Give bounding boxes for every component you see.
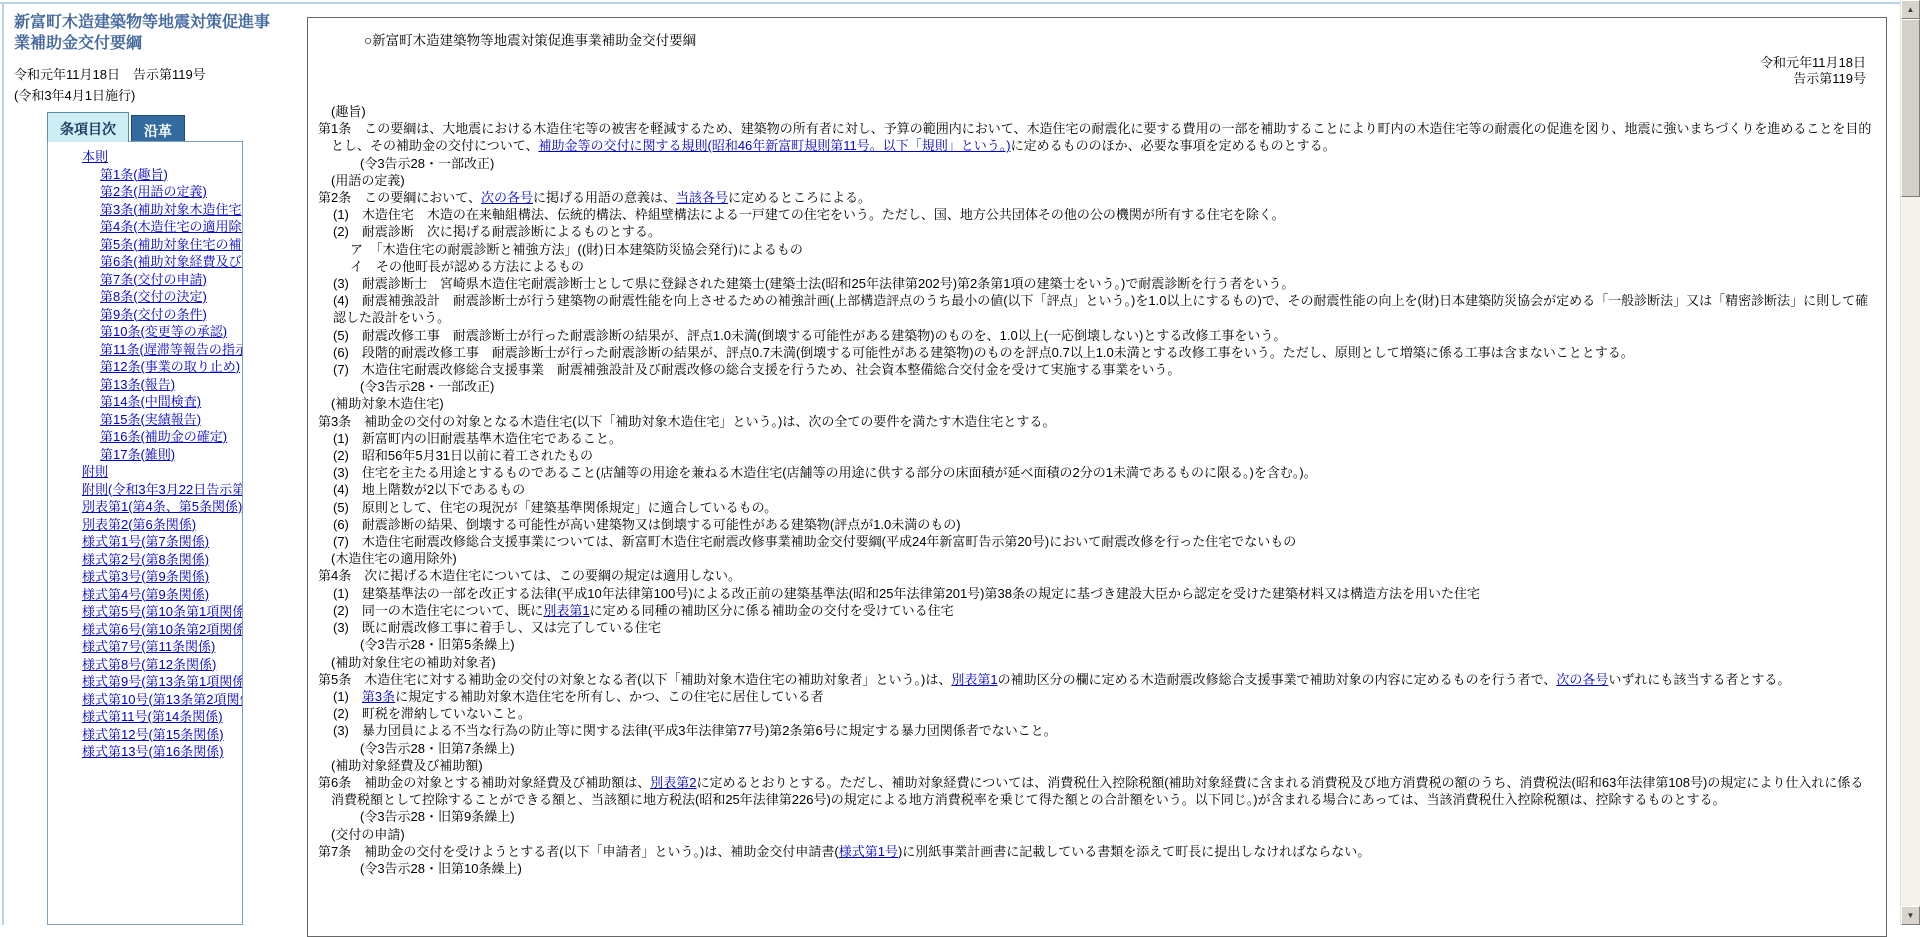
toc-item[interactable]: 第3条(補助対象木造住宅)	[56, 201, 242, 219]
paragraph-label: (補助対象経費及び補助額)	[318, 757, 1874, 774]
paragraph-article: 第6条 補助金の対象とする補助対象経費及び補助額は、別表第2に定めるとおりとする…	[318, 774, 1874, 808]
document-body: (趣旨)第1条 この要綱は、大地震における木造住宅等の被害を軽減するため、建築物…	[318, 103, 1874, 877]
paragraph-item: (2) 昭和56年5月31日以前に着工されたもの	[318, 447, 1874, 464]
paragraph-label: (補助対象住宅の補助対象者)	[318, 654, 1874, 671]
toc-item[interactable]: 第13条(報告)	[56, 376, 242, 394]
toc-item[interactable]: 様式第11号(第14条関係)	[56, 708, 242, 726]
paragraph-note: (令3告示28・旧第9条繰上)	[318, 808, 1874, 825]
paragraph-item: (2) 耐震診断 次に掲げる耐震診断によるものとする。	[318, 223, 1874, 240]
paragraph-item: (6) 耐震診断の結果、倒壊する可能性が高い建築物又は倒壊する可能性がある建築物…	[318, 516, 1874, 533]
inline-reference-link[interactable]: 次の各号	[1556, 672, 1608, 687]
paragraph-item: (3) 耐震診断士 宮崎県木造住宅耐震診断士として県に登録された建築士(建築士法…	[318, 275, 1874, 292]
scroll-up-icon[interactable]: ▲	[1901, 0, 1920, 19]
paragraph-subitem: イ その他町長が認める方法によるもの	[318, 258, 1874, 275]
promulgation-date: 令和元年11月18日	[318, 55, 1866, 71]
notice-number: 告示第119号	[318, 71, 1866, 87]
toc-item[interactable]: 第16条(補助金の確定)	[56, 428, 242, 446]
paragraph-label: (補助対象木造住宅)	[318, 395, 1874, 412]
paragraph-item: (4) 地上階数が2以下であるもの	[318, 481, 1874, 498]
paragraph-item: (5) 耐震改修工事 耐震診断士が行った耐震診断の結果が、評点1.0未満(倒壊す…	[318, 327, 1874, 344]
toc-item[interactable]: 第2条(用語の定義)	[56, 183, 242, 201]
toc-item[interactable]: 様式第13号(第16条関係)	[56, 743, 242, 761]
paragraph-item: (3) 住宅を主たる用途とするものであること(店舗等の用途を兼ねる木造住宅(店舗…	[318, 464, 1874, 481]
vertical-scrollbar[interactable]: ▲ ▼	[1900, 0, 1920, 925]
toc-item[interactable]: 本則	[56, 148, 242, 166]
paragraph-item: (1) 新富町内の旧耐震基準木造住宅であること。	[318, 430, 1874, 447]
toc-item[interactable]: 第4条(木造住宅の適用除外)	[56, 218, 242, 236]
paragraph-label: (木造住宅の適用除外)	[318, 550, 1874, 567]
paragraph-item: (7) 木造住宅耐震改修総合支援事業については、新富町木造住宅耐震改修事業補助金…	[318, 533, 1874, 550]
toc-item[interactable]: 第8条(交付の決定)	[56, 288, 242, 306]
inline-reference-link[interactable]: 別表第2	[650, 775, 696, 790]
page-frame-top-line	[0, 2, 1920, 4]
tab-article-index[interactable]: 条項目次	[47, 112, 129, 142]
paragraph-note: (令3告示28・一部改正)	[318, 155, 1874, 172]
toc-item[interactable]: 様式第5号(第10条第1項関係)	[56, 603, 242, 621]
toc-item[interactable]: 第5条(補助対象住宅の補助対象者)	[56, 236, 242, 254]
sidebar: 新富町木造建築物等地震対策促進事業補助金交付要綱 令和元年11月18日 告示第1…	[14, 12, 300, 106]
toc-item[interactable]: 第7条(交付の申請)	[56, 271, 242, 289]
paragraph-subitem: ア 「木造住宅の耐震診断と補強方法」((財)日本建築防災協会発行)によるもの	[318, 241, 1874, 258]
paragraph-item: (2) 同一の木造住宅について、既に別表第1に定める同種の補助区分に係る補助金の…	[318, 602, 1874, 619]
paragraph-item: (6) 段階的耐震改修工事 耐震診断士が行った耐震診断の結果が、評点0.7未満(…	[318, 344, 1874, 361]
toc-item[interactable]: 様式第10号(第13条第2項関係)	[56, 691, 242, 709]
sidebar-doc-effective-date: (令和3年4月1日施行)	[14, 85, 300, 106]
scroll-down-icon[interactable]: ▼	[1901, 906, 1920, 925]
paragraph-article: 第7条 補助金の交付を受けようとする者(以下「申請者」という。)は、補助金交付申…	[318, 843, 1874, 860]
toc-item[interactable]: 様式第1号(第7条関係)	[56, 533, 242, 551]
inline-reference-link[interactable]: 次の各号	[481, 190, 533, 205]
paragraph-note: (令3告示28・旧第7条繰上)	[318, 740, 1874, 757]
toc-item[interactable]: 様式第3号(第9条関係)	[56, 568, 242, 586]
toc-item[interactable]: 別表第2(第6条関係)	[56, 516, 242, 534]
paragraph-item: (3) 既に耐震改修工事に着手し、又は完了している住宅	[318, 619, 1874, 636]
paragraph-item: (1) 木造住宅 木造の在来軸組構法、伝統的構法、枠組壁構法による一戸建ての住宅…	[318, 206, 1874, 223]
paragraph-item: (7) 木造住宅耐震改修総合支援事業 耐震補強設計及び耐震改修の総合支援を行うた…	[318, 361, 1874, 378]
toc-item[interactable]: 様式第2号(第8条関係)	[56, 551, 242, 569]
inline-reference-link[interactable]: 別表第1	[543, 603, 589, 618]
toc-item[interactable]: 第10条(変更等の承認)	[56, 323, 242, 341]
sidebar-tabs: 条項目次沿革	[47, 112, 185, 142]
toc-item[interactable]: 様式第7号(第11条関係)	[56, 638, 242, 656]
sidebar-doc-title: 新富町木造建築物等地震対策促進事業補助金交付要綱	[14, 12, 278, 54]
paragraph-note: (令3告示28・一部改正)	[318, 378, 1874, 395]
toc-list: 本則第1条(趣旨)第2条(用語の定義)第3条(補助対象木造住宅)第4条(木造住宅…	[56, 148, 242, 761]
paragraph-note: (令3告示28・旧第5条繰上)	[318, 636, 1874, 653]
paragraph-article: 第4条 次に掲げる木造住宅については、この要綱の規定は適用しない。	[318, 567, 1874, 584]
toc-item[interactable]: 第9条(交付の条件)	[56, 306, 242, 324]
toc-item[interactable]: 様式第12号(第15条関係)	[56, 726, 242, 744]
toc-item[interactable]: 第14条(中間検査)	[56, 393, 242, 411]
inline-reference-link[interactable]: 補助金等の交付に関する規則(昭和46年新富町規則第11号。以下「規則」という。)	[538, 138, 1010, 153]
document-panel: ○新富町木造建築物等地震対策促進事業補助金交付要綱 令和元年11月18日 告示第…	[307, 17, 1887, 925]
toc-item[interactable]: 様式第9号(第13条第1項関係)	[56, 673, 242, 691]
toc-item[interactable]: 様式第6号(第10条第2項関係)	[56, 621, 242, 639]
inline-reference-link[interactable]: 当該各号	[676, 190, 728, 205]
paragraph-article: 第1条 この要綱は、大地震における木造住宅等の被害を軽減するため、建築物の所有者…	[318, 120, 1874, 154]
promulgation-block: 令和元年11月18日 告示第119号	[318, 55, 1874, 87]
page-frame-left-line	[2, 2, 4, 925]
scrollbar-thumb[interactable]	[1901, 19, 1920, 197]
sidebar-doc-date: 令和元年11月18日 告示第119号	[14, 64, 300, 85]
toc-item[interactable]: 第12条(事業の取り止め)	[56, 358, 242, 376]
inline-reference-link[interactable]: 第3条	[362, 689, 395, 704]
paragraph-article: 第2条 この要綱において、次の各号に掲げる用語の意義は、当該各号に定めるところに…	[318, 189, 1874, 206]
toc-item[interactable]: 附則(令和3年3月22日告示第28号)	[56, 481, 242, 499]
paragraph-item: (3) 暴力団員による不当な行為の防止等に関する法律(平成3年法律第77号)第2…	[318, 722, 1874, 739]
paragraph-article: 第5条 木造住宅に対する補助金の交付の対象となる者(以下「補助対象木造住宅の補助…	[318, 671, 1874, 688]
toc-item[interactable]: 様式第4号(第9条関係)	[56, 586, 242, 604]
toc-item[interactable]: 別表第1(第4条、第5条関係)	[56, 498, 242, 516]
paragraph-label: (交付の申請)	[318, 826, 1874, 843]
paragraph-item: (4) 耐震補強設計 耐震診断士が行う建築物の耐震性能を向上させるための補強計画…	[318, 292, 1874, 326]
paragraph-note: (令3告示28・旧第10条繰上)	[318, 860, 1874, 877]
paragraph-article: 第3条 補助金の交付の対象となる木造住宅(以下「補助対象木造住宅」という。)は、…	[318, 413, 1874, 430]
toc-item[interactable]: 様式第8号(第12条関係)	[56, 656, 242, 674]
toc-item[interactable]: 第17条(雑則)	[56, 446, 242, 464]
paragraph-item: (5) 原則として、住宅の現況が「建築基準関係規定」に適合しているもの。	[318, 499, 1874, 516]
toc-item[interactable]: 第15条(実績報告)	[56, 411, 242, 429]
toc-item[interactable]: 附則	[56, 463, 242, 481]
inline-reference-link[interactable]: 別表第1	[951, 672, 997, 687]
toc-panel: 本則第1条(趣旨)第2条(用語の定義)第3条(補助対象木造住宅)第4条(木造住宅…	[47, 141, 243, 925]
paragraph-label: (趣旨)	[318, 103, 1874, 120]
toc-item[interactable]: 第1条(趣旨)	[56, 166, 242, 184]
tab-history[interactable]: 沿革	[131, 115, 185, 142]
inline-reference-link[interactable]: 様式第1号	[839, 844, 898, 859]
toc-item[interactable]: 第11条(遅滞等報告の指示)	[56, 341, 242, 359]
paragraph-item: (2) 町税を滞納していないこと。	[318, 705, 1874, 722]
toc-item[interactable]: 第6条(補助対象経費及び補助額)	[56, 253, 242, 271]
paragraph-label: (用語の定義)	[318, 172, 1874, 189]
paragraph-item: (1) 建築基準法の一部を改正する法律(平成10年法律第100号)による改正前の…	[318, 585, 1874, 602]
paragraph-item: (1) 第3条に規定する補助対象木造住宅を所有し、かつ、この住宅に居住している者	[318, 688, 1874, 705]
document-title: ○新富町木造建築物等地震対策促進事業補助金交付要綱	[364, 32, 1874, 49]
